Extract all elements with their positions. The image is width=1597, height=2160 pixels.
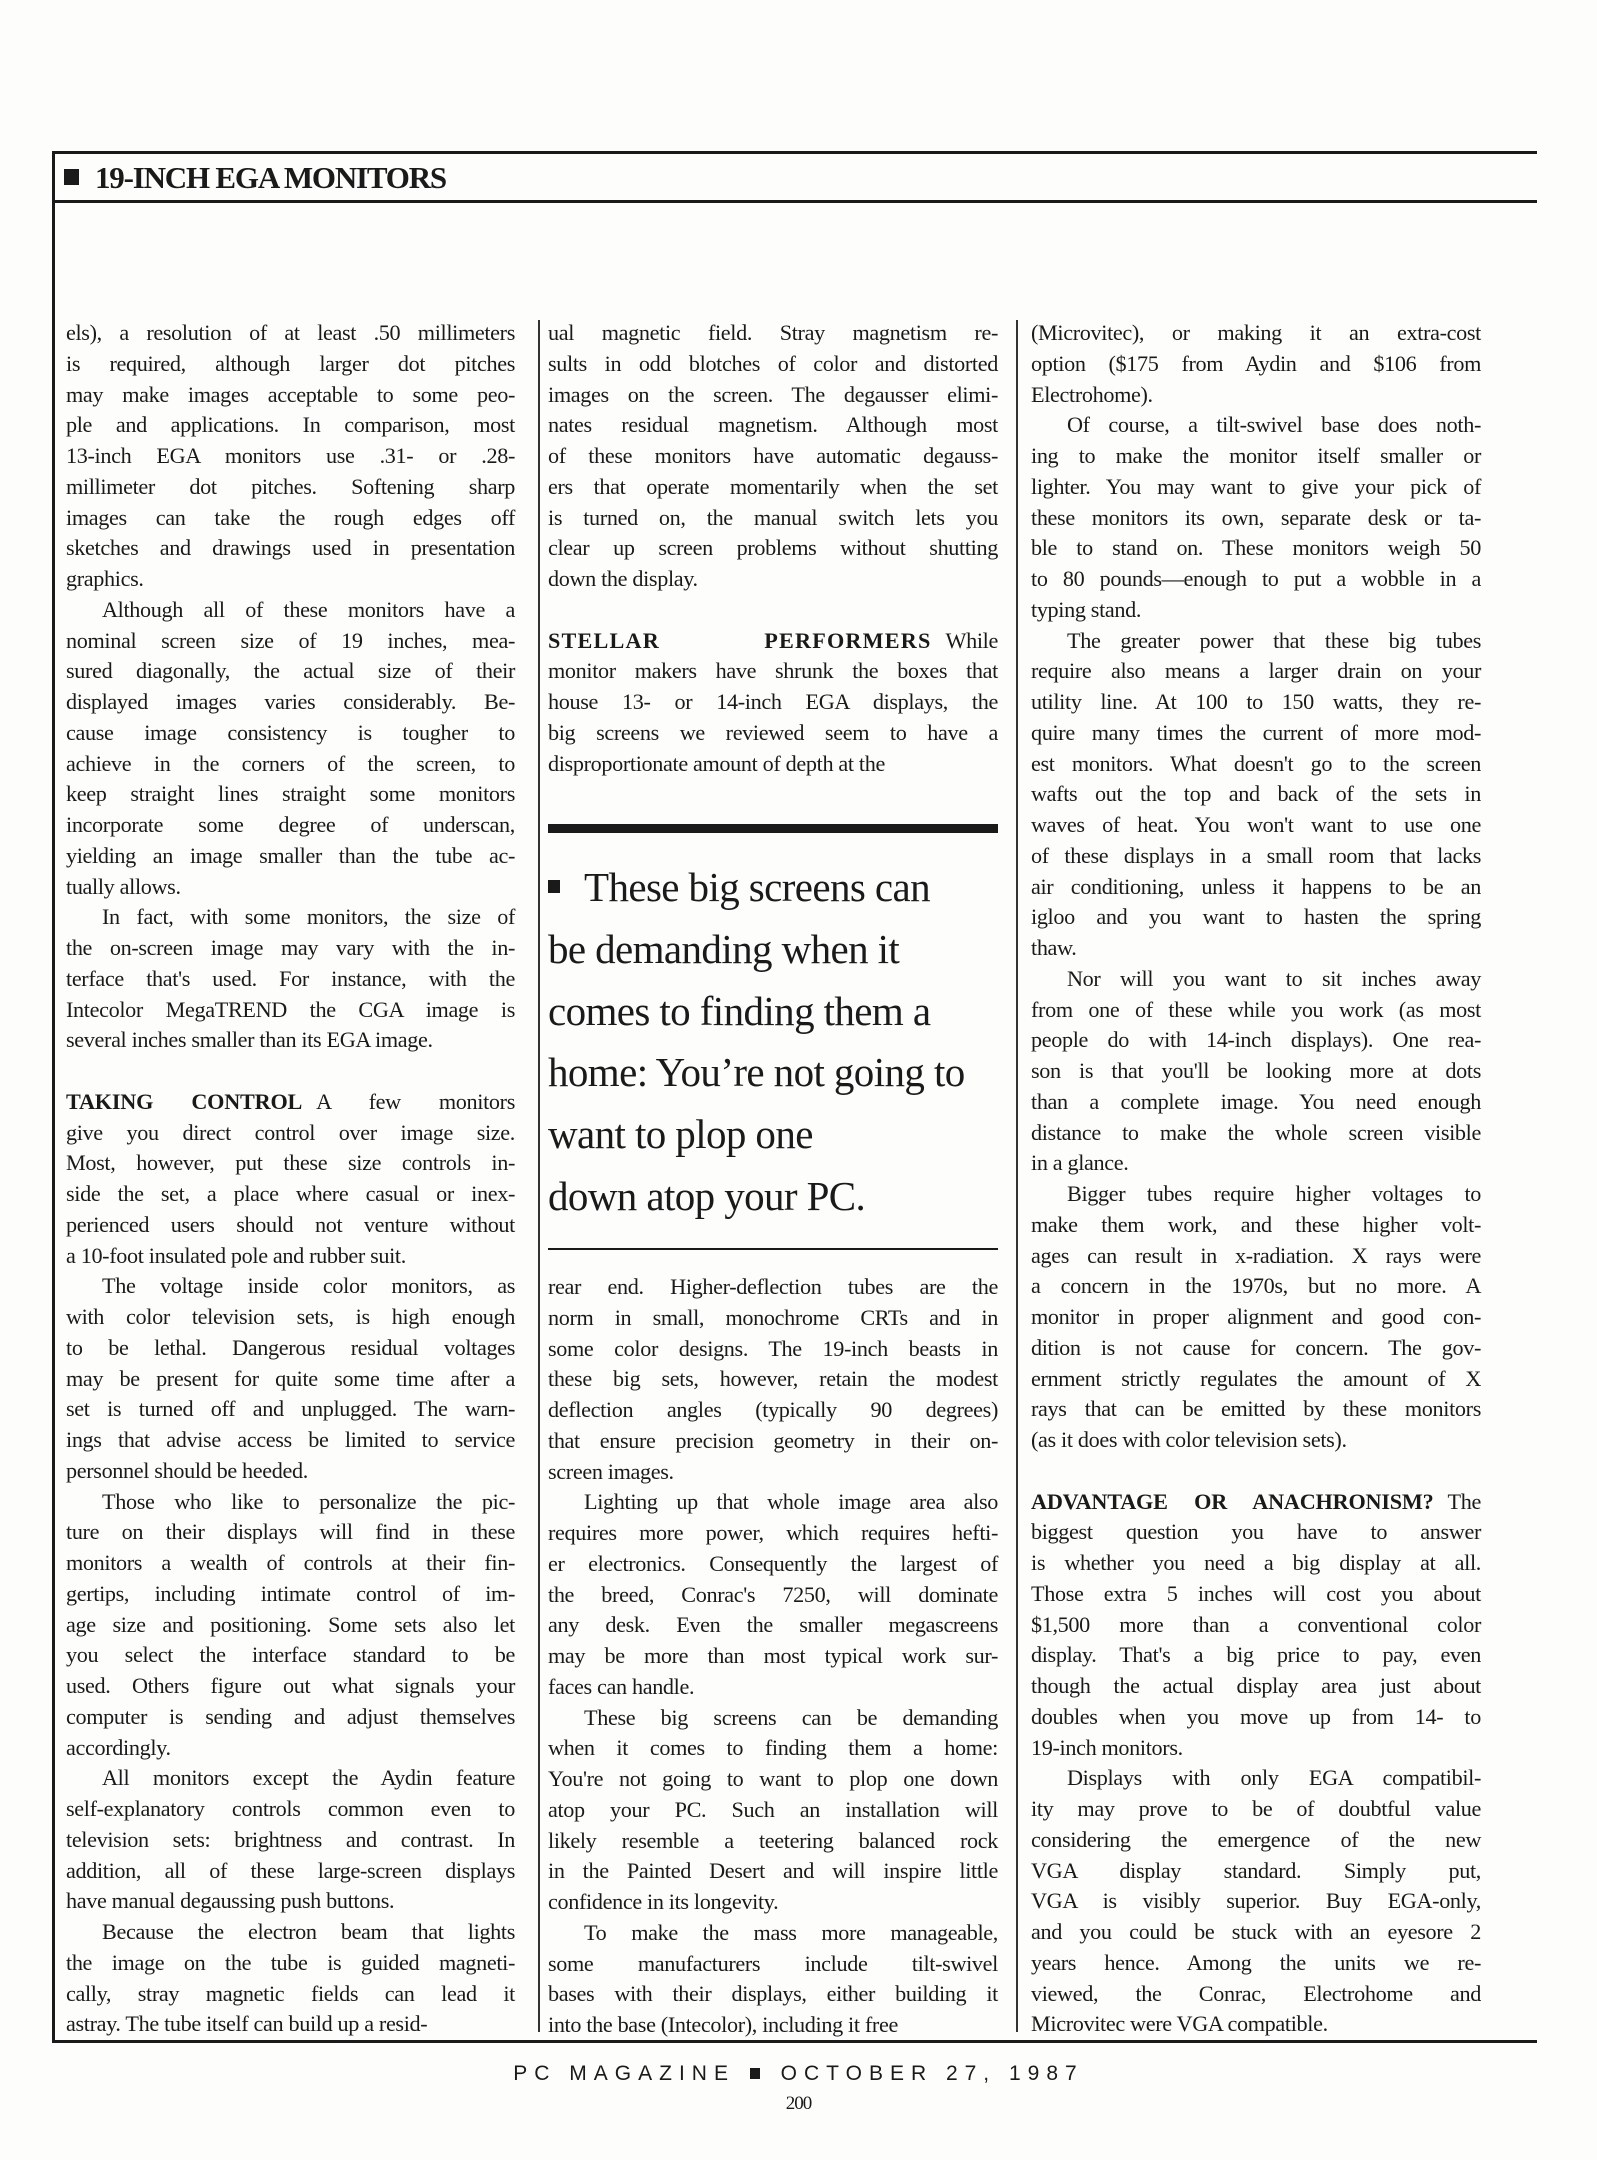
text-line: cally, stray magnetic fields can lead it [66,1979,515,2010]
text-line: nates residual magnetism. Although most [548,410,998,441]
pull-quote-line: want to plop one [548,1104,998,1166]
section-subhead: TAKING CONTROL [66,1089,302,1114]
section-subhead: STELLAR PERFORMERS [548,628,932,653]
text-line: VGA is visibly superior. Buy EGA-only, [1031,1886,1481,1917]
page-left-border [52,151,55,2043]
subhead-paragraph: STELLAR PERFORMERSWhilemonitor makers ha… [548,626,998,780]
text-line: (Microvitec), or making it an extra-cost [1031,318,1481,349]
text-line: some manufacturers include tilt-swivel [548,1949,998,1980]
text-line: keep straight lines straight some monito… [66,779,515,810]
subhead-paragraph: ADVANTAGE OR ANACHRONISM?The biggest que… [1031,1487,1481,1764]
text-line: perienced users should not venture witho… [66,1210,515,1241]
text-line: computer is sending and adjust themselve… [66,1702,515,1733]
text-line: may be more than most typical work sur- [548,1641,998,1672]
text-line: air conditioning, unless it happens to b… [1031,872,1481,903]
text-line: display. That's a big price to pay, even [1031,1640,1481,1671]
pull-quote: These big screens canbe demanding when i… [548,824,998,1250]
text-line: doubles when you move up from 14- to [1031,1702,1481,1733]
text-line: ers that operate momentarily when the se… [548,472,998,503]
text-line: terface that's used. For instance, with … [66,964,515,995]
paragraph: To make the mass more manageable,some ma… [548,1918,998,2041]
text-line: er electronics. Consequently the largest… [548,1549,998,1580]
text-line: incorporate some degree of underscan, [66,810,515,841]
text-line: monitors a wealth of controls at their f… [66,1548,515,1579]
column-divider-1 [538,320,540,2032]
text-line: Electrohome). [1031,380,1481,411]
text-line: gertips, including intimate control of i… [66,1579,515,1610]
text-line: Lighting up that whole image area also [548,1487,998,1518]
header-bottom-rule [52,200,1537,203]
text-line: is required, although larger dot pitches [66,349,515,380]
paragraph: Lighting up that whole image area alsore… [548,1487,998,1702]
publication-name: PC MAGAZINE [513,2062,735,2085]
text-line: rear end. Higher-deflection tubes are th… [548,1272,998,1303]
text-line: you select the interface standard to be [66,1640,515,1671]
pull-quote-line: home: You’re not going to [548,1042,998,1104]
text-line: considering the emergence of the new [1031,1825,1481,1856]
text-line: into the base (Intecolor), including it … [548,2010,998,2041]
text-line: atop your PC. Such an installation will [548,1795,998,1826]
text-line: in a glance. [1031,1148,1481,1179]
text-line: that ensure precision geometry in their … [548,1426,998,1457]
text-line: Bigger tubes require higher voltages to [1031,1179,1481,1210]
text-line: 13-inch EGA monitors use .31- or .28- [66,441,515,472]
paragraph: ual magnetic field. Stray magnetism re-s… [548,318,998,595]
text-line: utility line. At 100 to 150 watts, they … [1031,687,1481,718]
text-line: $1,500 more than a conventional color [1031,1610,1481,1641]
text-line: ADVANTAGE OR ANACHRONISM?The biggest que… [1031,1487,1481,1549]
text-line: side the set, a place where casual or in… [66,1179,515,1210]
text-line: addition, all of these large-screen disp… [66,1856,515,1887]
text-line: distance to make the whole screen visibl… [1031,1118,1481,1149]
text-line: likely resemble a teetering balanced roc… [548,1826,998,1857]
text-line: give you direct control over image size. [66,1118,515,1149]
text-line: STELLAR PERFORMERSWhile [548,626,998,657]
text-line: from one of these while you work (as mos… [1031,995,1481,1026]
text-line: of these displays in a small room that l… [1031,841,1481,872]
footer-publication-line: PC MAGAZINE OCTOBER 27, 1987 [0,2062,1597,2086]
text-line: astray. The tube itself can build up a r… [66,2009,515,2040]
text-line: sketches and drawings used in presentati… [66,533,515,564]
text-line: to 80 pounds—enough to put a wobble in a [1031,564,1481,595]
article-column-1: els), a resolution of at least .50 milli… [66,318,515,2040]
text-line: waves of heat. You won't want to use one [1031,810,1481,841]
text-line: screen images. [548,1457,998,1488]
paragraph: Although all of these monitors have anom… [66,595,515,903]
text-line: people do with 14-inch displays). One re… [1031,1025,1481,1056]
paragraph: These big screens can be demandingwhen i… [548,1703,998,1918]
text-line: option ($175 from Aydin and $106 from [1031,349,1481,380]
text-line: images on the screen. The degausser elim… [548,380,998,411]
text-line: have manual degaussing push buttons. [66,1886,515,1917]
issue-date: OCTOBER 27, 1987 [781,2062,1084,2085]
text-line: self-explanatory controls common even to [66,1794,515,1825]
text-line: dition is not cause for concern. The gov… [1031,1333,1481,1364]
text-line: confidence in its longevity. [548,1887,998,1918]
text-line: though the actual display area just abou… [1031,1671,1481,1702]
text-line: requires more power, which requires heft… [548,1518,998,1549]
text-line: a 10-foot insulated pole and rubber suit… [66,1241,515,1272]
text-line: these big sets, however, retain the mode… [548,1364,998,1395]
square-bullet-icon [64,169,79,185]
column-divider-2 [1016,320,1018,2032]
text-line: cause image consistency is tougher to [66,718,515,749]
text-line: set is turned off and unplugged. The war… [66,1394,515,1425]
text-line: lighter. You may want to give your pick … [1031,472,1481,503]
square-bullet-icon [548,880,560,893]
text-line: igloo and you want to hasten the spring [1031,902,1481,933]
text-line: than a complete image. You need enough [1031,1087,1481,1118]
text-line: These big screens can be demanding [548,1703,998,1734]
pull-quote-text: These big screens canbe demanding when i… [548,833,998,1248]
text-line: may be present for quite some time after… [66,1364,515,1395]
text-line: Although all of these monitors have a [66,595,515,626]
text-line: images can take the rough edges off [66,503,515,534]
text-line: monitor in proper alignment and good con… [1031,1302,1481,1333]
text-line: when it comes to finding them a home: [548,1733,998,1764]
paragraph: Of course, a tilt-swivel base does noth-… [1031,410,1481,625]
text-line: All monitors except the Aydin feature [66,1763,515,1794]
text-line: the breed, Conrac's 7250, will dominate [548,1580,998,1611]
paragraph: All monitors except the Aydin featuresel… [66,1763,515,1917]
text-line: ual magnetic field. Stray magnetism re- [548,318,998,349]
text-line: rays that can be emitted by these monito… [1031,1394,1481,1425]
text-line: Nor will you want to sit inches away [1031,964,1481,995]
text-line: Those who like to personalize the pic- [66,1487,515,1518]
pull-quote-line: down atop your PC. [548,1166,998,1228]
text-line: viewed, the Conrac, Electrohome and [1031,1979,1481,2010]
text-line: est monitors. What doesn't go to the scr… [1031,749,1481,780]
text-line: to be lethal. Dangerous residual voltage… [66,1333,515,1364]
text-line: big screens we reviewed seem to have a [548,718,998,749]
text-line: Intecolor MegaTREND the CGA image is [66,995,515,1026]
text-line: ing to make the monitor itself smaller o… [1031,441,1481,472]
text-line: require also means a larger drain on you… [1031,656,1481,687]
text-line: The greater power that these big tubes [1031,626,1481,657]
text-line: ture on their displays will find in thes… [66,1517,515,1548]
paragraph: rear end. Higher-deflection tubes are th… [548,1272,998,1487]
paragraph: (Microvitec), or making it an extra-cost… [1031,318,1481,410]
article-column-2-top: ual magnetic field. Stray magnetism re-s… [548,318,998,779]
section-title: 19-INCH EGA MONITORS [64,158,446,198]
text-line: Most, however, put these size controls i… [66,1148,515,1179]
paragraph: els), a resolution of at least .50 milli… [66,318,515,595]
pull-quote-line: be demanding when it [548,919,998,981]
pull-quote-line: These big screens can [548,857,998,919]
text-line: Of course, a tilt-swivel base does noth- [1031,410,1481,441]
text-line: ble to stand on. These monitors weigh 50 [1031,533,1481,564]
text-line: house 13- or 14-inch EGA displays, the [548,687,998,718]
subhead-paragraph: TAKING CONTROLA few monitorsgive you dir… [66,1087,515,1272]
text-line: sults in odd blotches of color and disto… [548,349,998,380]
article-column-2-bottom: rear end. Higher-deflection tubes are th… [548,1272,998,2041]
text-line: Displays with only EGA compatibil- [1031,1763,1481,1794]
text-line: ity may prove to be of doubtful value [1031,1794,1481,1825]
text-line: in the Painted Desert and will inspire l… [548,1856,998,1887]
text-line: thaw. [1031,933,1481,964]
paragraph: Displays with only EGA compatibil-ity ma… [1031,1763,1481,2040]
text-line: a concern in the 1970s, but no more. A [1031,1271,1481,1302]
text-line: may make images acceptable to some peo- [66,380,515,411]
text-line: To make the mass more manageable, [548,1918,998,1949]
text-line: In fact, with some monitors, the size of [66,902,515,933]
paragraph: Bigger tubes require higher voltages tom… [1031,1179,1481,1456]
text-line: the image on the tube is guided magneti- [66,1948,515,1979]
section-subhead: ADVANTAGE OR ANACHRONISM? [1031,1489,1434,1514]
text-line: nominal screen size of 19 inches, mea- [66,626,515,657]
pull-quote-line: comes to finding them a [548,981,998,1043]
text-line: Those extra 5 inches will cost you about [1031,1579,1481,1610]
text-line: the on-screen image may vary with the in… [66,933,515,964]
text-line: television sets: brightness and contrast… [66,1825,515,1856]
text-line: Because the electron beam that lights [66,1917,515,1948]
text-line: faces can handle. [548,1672,998,1703]
text-line: tually allows. [66,872,515,903]
text-line: some color designs. The 19-inch beasts i… [548,1334,998,1365]
paragraph: Because the electron beam that lightsthe… [66,1917,515,2040]
text-line: VGA display standard. Simply put, [1031,1856,1481,1887]
text-line: son is that you'll be looking more at do… [1031,1056,1481,1087]
article-column-3: (Microvitec), or making it an extra-cost… [1031,318,1481,2040]
text-line: deflection angles (typically 90 degrees) [548,1395,998,1426]
text-line: achieve in the corners of the screen, to [66,749,515,780]
text-line: quire many times the current of more mod… [1031,718,1481,749]
text-line: wafts out the top and back of the sets i… [1031,779,1481,810]
text-line: sured diagonally, the actual size of the… [66,656,515,687]
paragraph: Those who like to personalize the pic-tu… [66,1487,515,1764]
paragraph: The voltage inside color monitors, aswit… [66,1271,515,1486]
section-title-text: 19-INCH EGA MONITORS [95,160,446,195]
text-line: with color television sets, is high enou… [66,1302,515,1333]
paragraph: In fact, with some monitors, the size of… [66,902,515,1056]
pull-quote-bottom-rule [548,1248,998,1250]
text-line: is turned on, the manual switch lets you [548,503,998,534]
text-line: displayed images varies considerably. Be… [66,687,515,718]
text-line: graphics. [66,564,515,595]
text-line: years hence. Among the units we re- [1031,1948,1481,1979]
text-line: els), a resolution of at least .50 milli… [66,318,515,349]
text-line: 19-inch monitors. [1031,1733,1481,1764]
text-line: Microvitec were VGA compatible. [1031,2009,1481,2040]
header-top-rule [52,151,1537,154]
text-line: accordingly. [66,1733,515,1764]
pull-quote-top-rule [548,824,998,833]
text-line: personnel should be heeded. [66,1456,515,1487]
text-line: monitor makers have shrunk the boxes tha… [548,656,998,687]
paragraph: The greater power that these big tubesre… [1031,626,1481,964]
text-line: used. Others figure out what signals you… [66,1671,515,1702]
page-number: 200 [0,2093,1597,2115]
paragraph: Nor will you want to sit inches awayfrom… [1031,964,1481,1179]
text-line: TAKING CONTROLA few monitors [66,1087,515,1118]
text-line: ings that advise access be limited to se… [66,1425,515,1456]
text-line: ple and applications. In comparison, mos… [66,410,515,441]
text-line: typing stand. [1031,595,1481,626]
text-line: ernment strictly regulates the amount of… [1031,1364,1481,1395]
text-line: any desk. Even the smaller megascreens [548,1610,998,1641]
text-line: bases with their displays, either buildi… [548,1979,998,2010]
text-line: is whether you need a big display at all… [1031,1548,1481,1579]
text-line: norm in small, monochrome CRTs and in [548,1303,998,1334]
text-line: yielding an image smaller than the tube … [66,841,515,872]
text-line: clear up screen problems without shuttin… [548,533,998,564]
text-line: age size and positioning. Some sets also… [66,1610,515,1641]
text-line: these monitors its own, separate desk or… [1031,503,1481,534]
text-line: disproportionate amount of depth at the [548,749,998,780]
text-line: millimeter dot pitches. Softening sharp [66,472,515,503]
text-line: (as it does with color television sets). [1031,1425,1481,1456]
text-line: several inches smaller than its EGA imag… [66,1025,515,1056]
text-line: make them work, and these higher volt- [1031,1210,1481,1241]
text-line: down the display. [548,564,998,595]
text-line: and you could be stuck with an eyesore 2 [1031,1917,1481,1948]
square-bullet-icon [750,2068,760,2079]
text-line: You're not going to want to plop one dow… [548,1764,998,1795]
text-line: The voltage inside color monitors, as [66,1271,515,1302]
text-line: ages can result in x-radiation. X rays w… [1031,1241,1481,1272]
text-line: of these monitors have automatic degauss… [548,441,998,472]
